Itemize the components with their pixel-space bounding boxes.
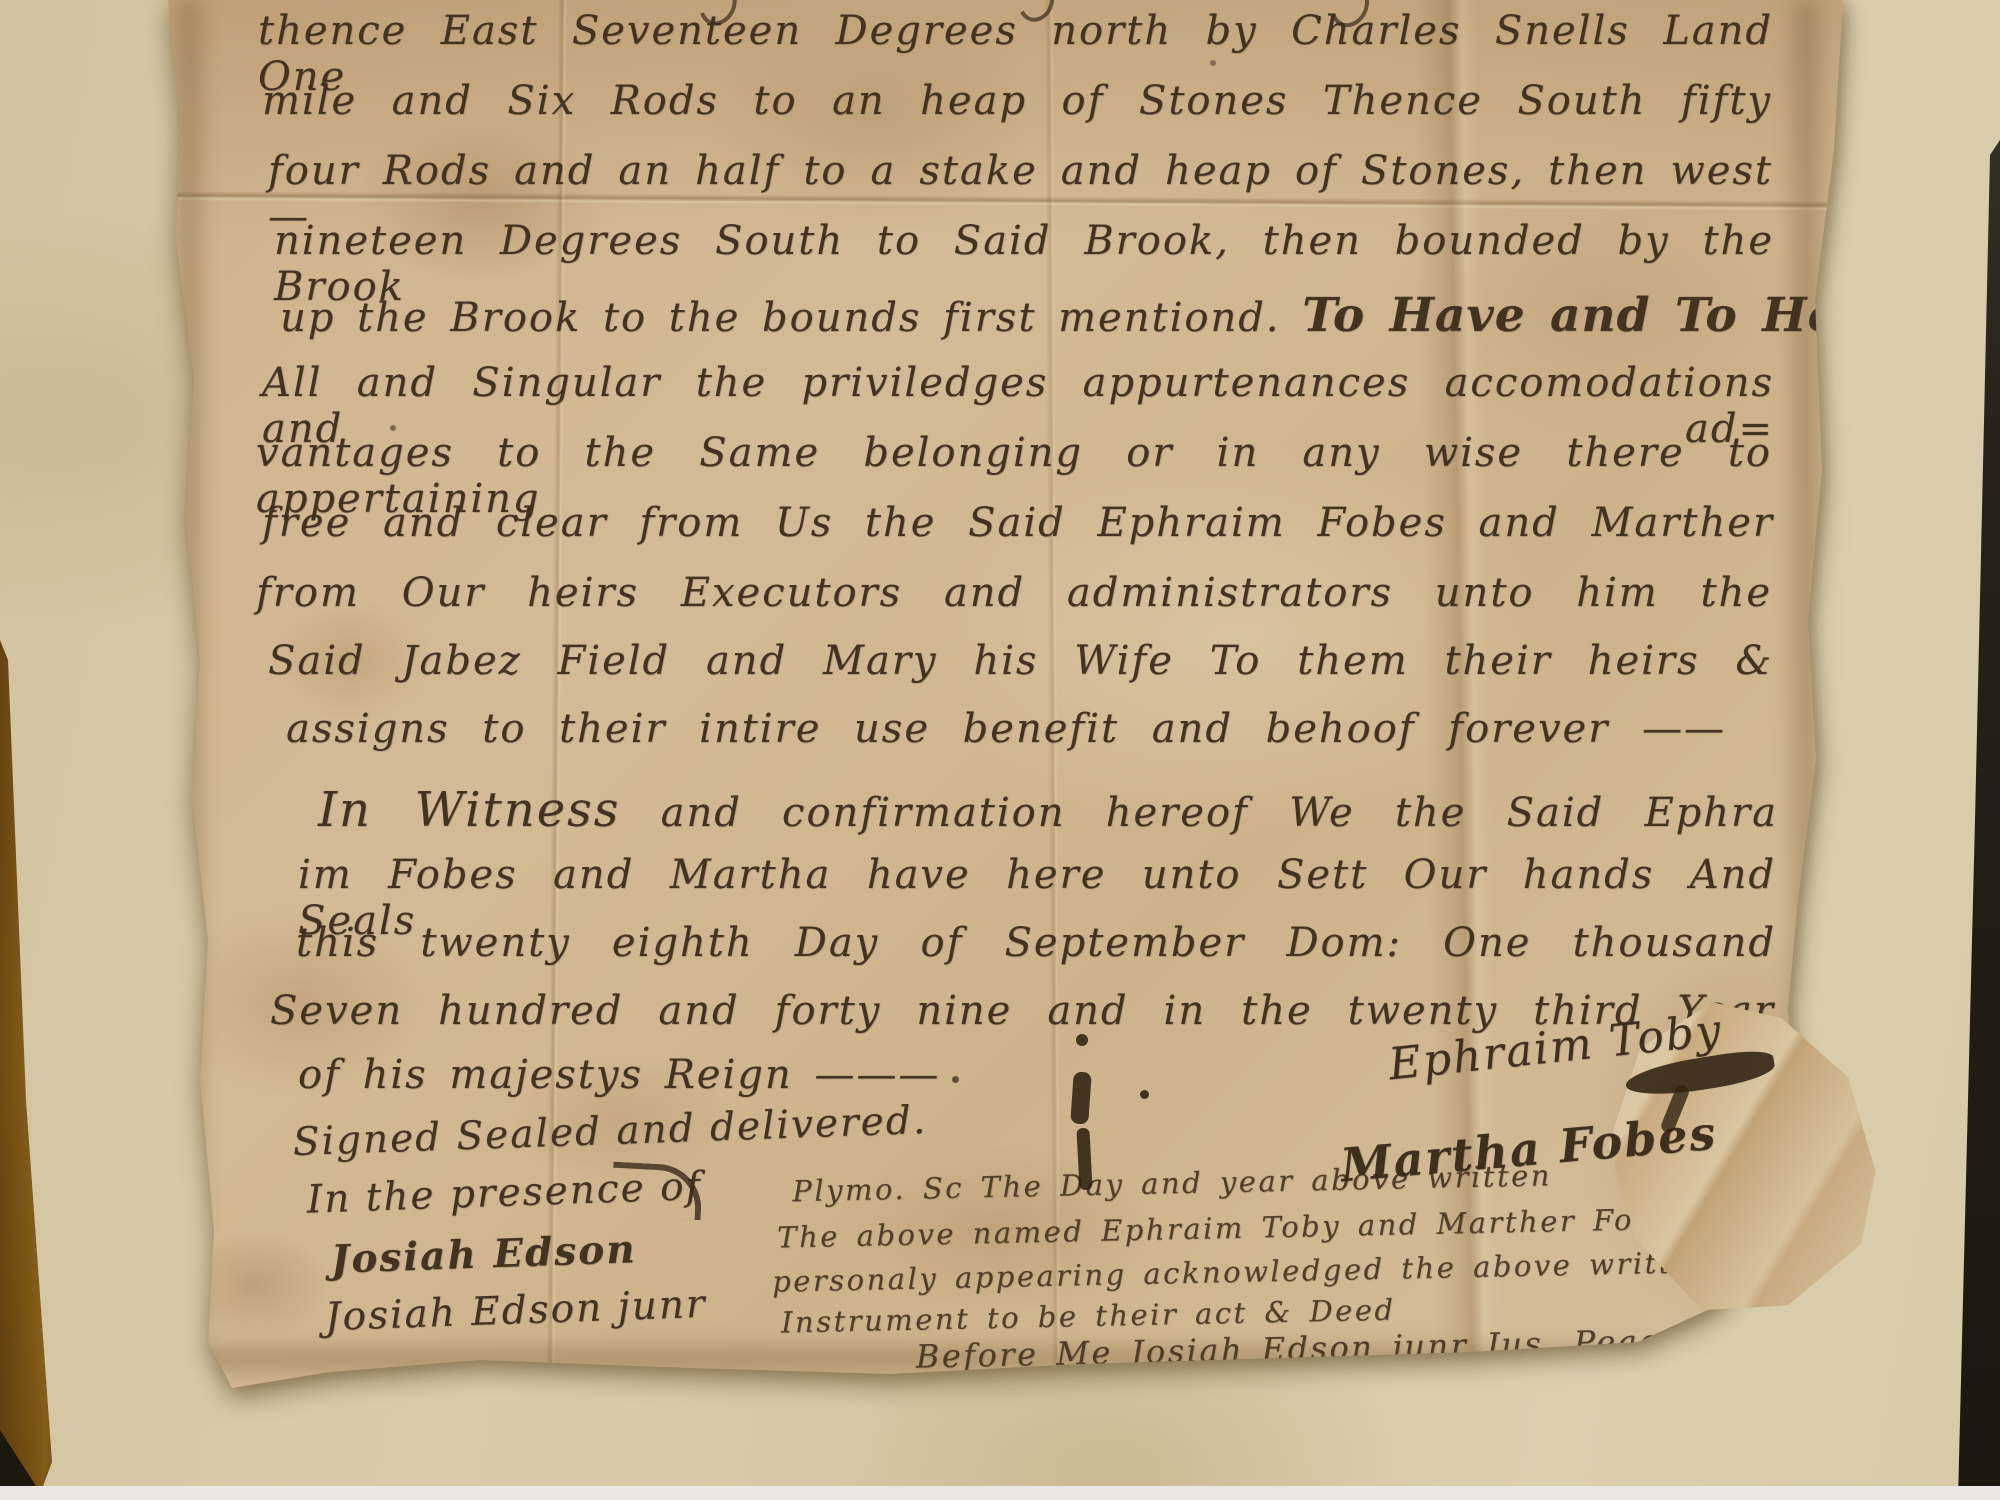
in-witness-phrase: In Witness <box>318 782 620 838</box>
ink-spot <box>1076 1034 1088 1046</box>
ink-drip <box>1070 1071 1092 1124</box>
deed-line: this twenty eighth Day of September Dom:… <box>296 920 1776 972</box>
deed-line-text: up the Brook to the bounds first mention… <box>280 295 1302 341</box>
deed-line: free and clear from Us the Said Ephraim … <box>262 500 1774 552</box>
ink-spot <box>1210 60 1216 66</box>
deed-line: thence East Seventeen Degrees north by C… <box>258 8 1773 60</box>
deed-line: In Witness and confirmation hereof We th… <box>318 782 1778 834</box>
deed-line: from Our heirs Executors and administrat… <box>256 570 1772 622</box>
deed-line: of his majestys Reign ——— <box>298 1052 940 1104</box>
witness-signature: Josiah Edson <box>330 1226 637 1283</box>
deed-line: vantages to the Same belonging or in any… <box>256 430 1772 482</box>
deed-line: nineteen Degrees South to Said Brook, th… <box>274 218 1774 270</box>
ink-spot <box>1140 1090 1149 1099</box>
notary-line: The above named Ephraim Toby and Marther… <box>777 1201 1692 1254</box>
deed-line: All and Singular the priviledges appurte… <box>262 360 1774 412</box>
deed-line: four Rods and an half to a stake and hea… <box>268 148 1773 200</box>
framed-deed-photo: thence East Seventeen Degrees north by C… <box>0 0 2000 1500</box>
deed-line: im Fobes and Martha have here unto Sett … <box>298 852 1776 904</box>
ink-drip <box>1076 1128 1092 1191</box>
edge-shade-left <box>176 0 202 1390</box>
deed-line: up the Brook to the bounds first mention… <box>280 288 1893 340</box>
deed-line: mile and Six Rods to an heap of Stones T… <box>262 78 1772 130</box>
notary-line: personaly appearing acknowledged the abo… <box>772 1245 1714 1299</box>
ink-spot <box>390 425 396 431</box>
deed-line-text: and confirmation hereof We the Said Ephr… <box>620 790 1778 836</box>
habendum-phrase: To Have and To Hold <box>1302 288 1892 343</box>
ink-spot <box>952 1076 959 1083</box>
deed-line: assigns to their intire use benefit and … <box>286 706 1726 758</box>
deed-line: Said Jabez Field and Mary his Wife To th… <box>268 638 1773 690</box>
witness-signature: Josiah Edson junr <box>324 1282 707 1340</box>
witness-line: Signed Sealed and delivered. <box>292 1098 928 1165</box>
